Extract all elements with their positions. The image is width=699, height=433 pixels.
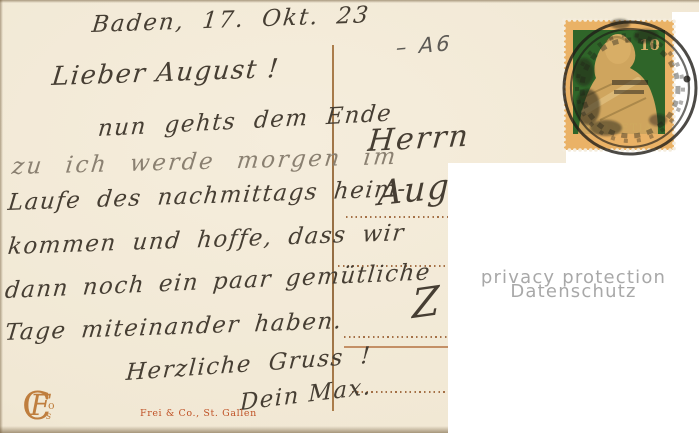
handwritten-line: Tage miteinander haben. <box>4 308 344 346</box>
postcard-scan: Baden, 17. Okt. 23 Lieber August ! nun g… <box>0 0 699 433</box>
handwritten-signature: Dein Max. <box>240 374 372 416</box>
publisher-imprint: Frei & Co., St. Gallen <box>140 408 257 419</box>
handwritten-line: nun gehts dem Ende <box>97 101 394 143</box>
scan-edge <box>0 0 3 433</box>
handwritten-salutation: Lieber August ! <box>50 54 281 92</box>
handwritten-line: kommen und hoffe, dass wir <box>7 220 407 260</box>
handwritten-flourish: Z <box>412 278 441 329</box>
pencil-annotation: – A6 <box>395 31 453 60</box>
publisher-monogram: C F o s <box>22 388 62 430</box>
address-dotted-line <box>344 336 448 338</box>
handwritten-recipient-name: Aug <box>377 166 451 214</box>
handwritten-date: Baden, 17. Okt. 23 <box>91 2 372 38</box>
handwritten-line: zu ich werde morgen im <box>11 144 400 180</box>
handwritten-line: dann noch ein paar gemütliche <box>4 259 432 304</box>
postage-stamp: 10 HELVETIA <box>554 2 699 164</box>
privacy-box: privacy protection Datenschutz <box>448 163 699 433</box>
handwritten-recipient-title: Herrn <box>366 119 471 160</box>
monogram-letter: s <box>46 411 51 422</box>
handwritten-line: Laufe des nachmittags heim- <box>7 176 408 216</box>
privacy-watermark: privacy protection Datenschutz <box>448 271 699 299</box>
address-dotted-line <box>346 216 448 218</box>
